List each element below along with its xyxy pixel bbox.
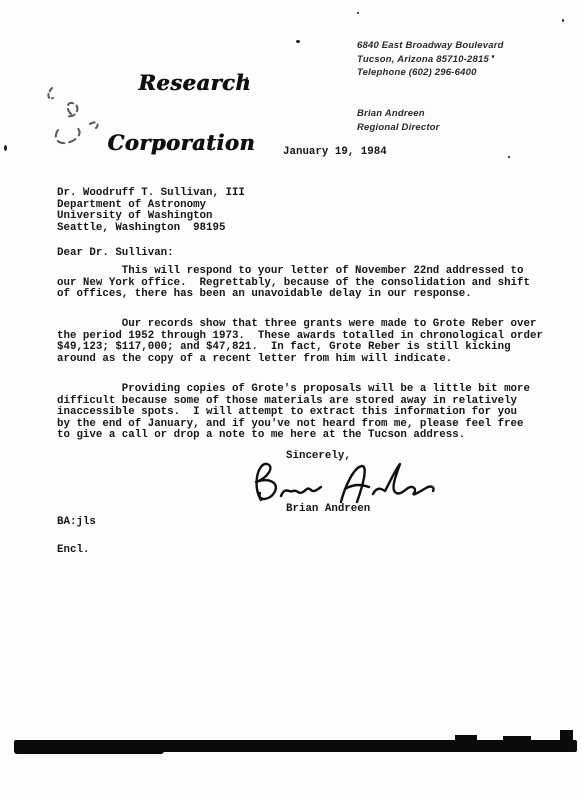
scan-speck [508, 156, 510, 158]
scanned-letter-page: Research Corporation 6840 East Broadway … [0, 0, 581, 800]
handwritten-scribble-mark [38, 80, 158, 160]
recipient-address: Dr. Woodruff T. Sullivan, III Department… [57, 188, 245, 234]
signed-name: Brian Andreen [286, 504, 370, 516]
scan-speck [357, 12, 359, 14]
scan-artifact-notch [560, 730, 573, 742]
reference-initials: BA:jls [57, 517, 96, 529]
body-paragraph-2: Our records show that three grants were … [57, 319, 543, 365]
letterhead-contact: Brian Andreen Regional Director [357, 107, 440, 134]
letterhead-address: 6840 East Broadway Boulevard Tucson, Ari… [357, 39, 504, 80]
letter-date: January 19, 1984 [283, 147, 387, 159]
salutation: Dear Dr. Sullivan: [57, 248, 174, 260]
enclosure-notation: Encl. [57, 545, 89, 557]
scan-speck [246, 77, 248, 79]
scan-artifact-bar [14, 740, 577, 752]
scan-artifact-taper [14, 750, 164, 754]
scan-speck [4, 145, 7, 151]
scan-speck [562, 19, 564, 22]
scan-artifact-bump [503, 736, 531, 742]
scan-speck [492, 55, 494, 58]
body-paragraph-1: This will respond to your letter of Nove… [57, 266, 530, 301]
scan-speck [296, 40, 300, 43]
scan-artifact-bump [455, 735, 477, 742]
body-paragraph-3: Providing copies of Grote's proposals wi… [57, 384, 530, 442]
